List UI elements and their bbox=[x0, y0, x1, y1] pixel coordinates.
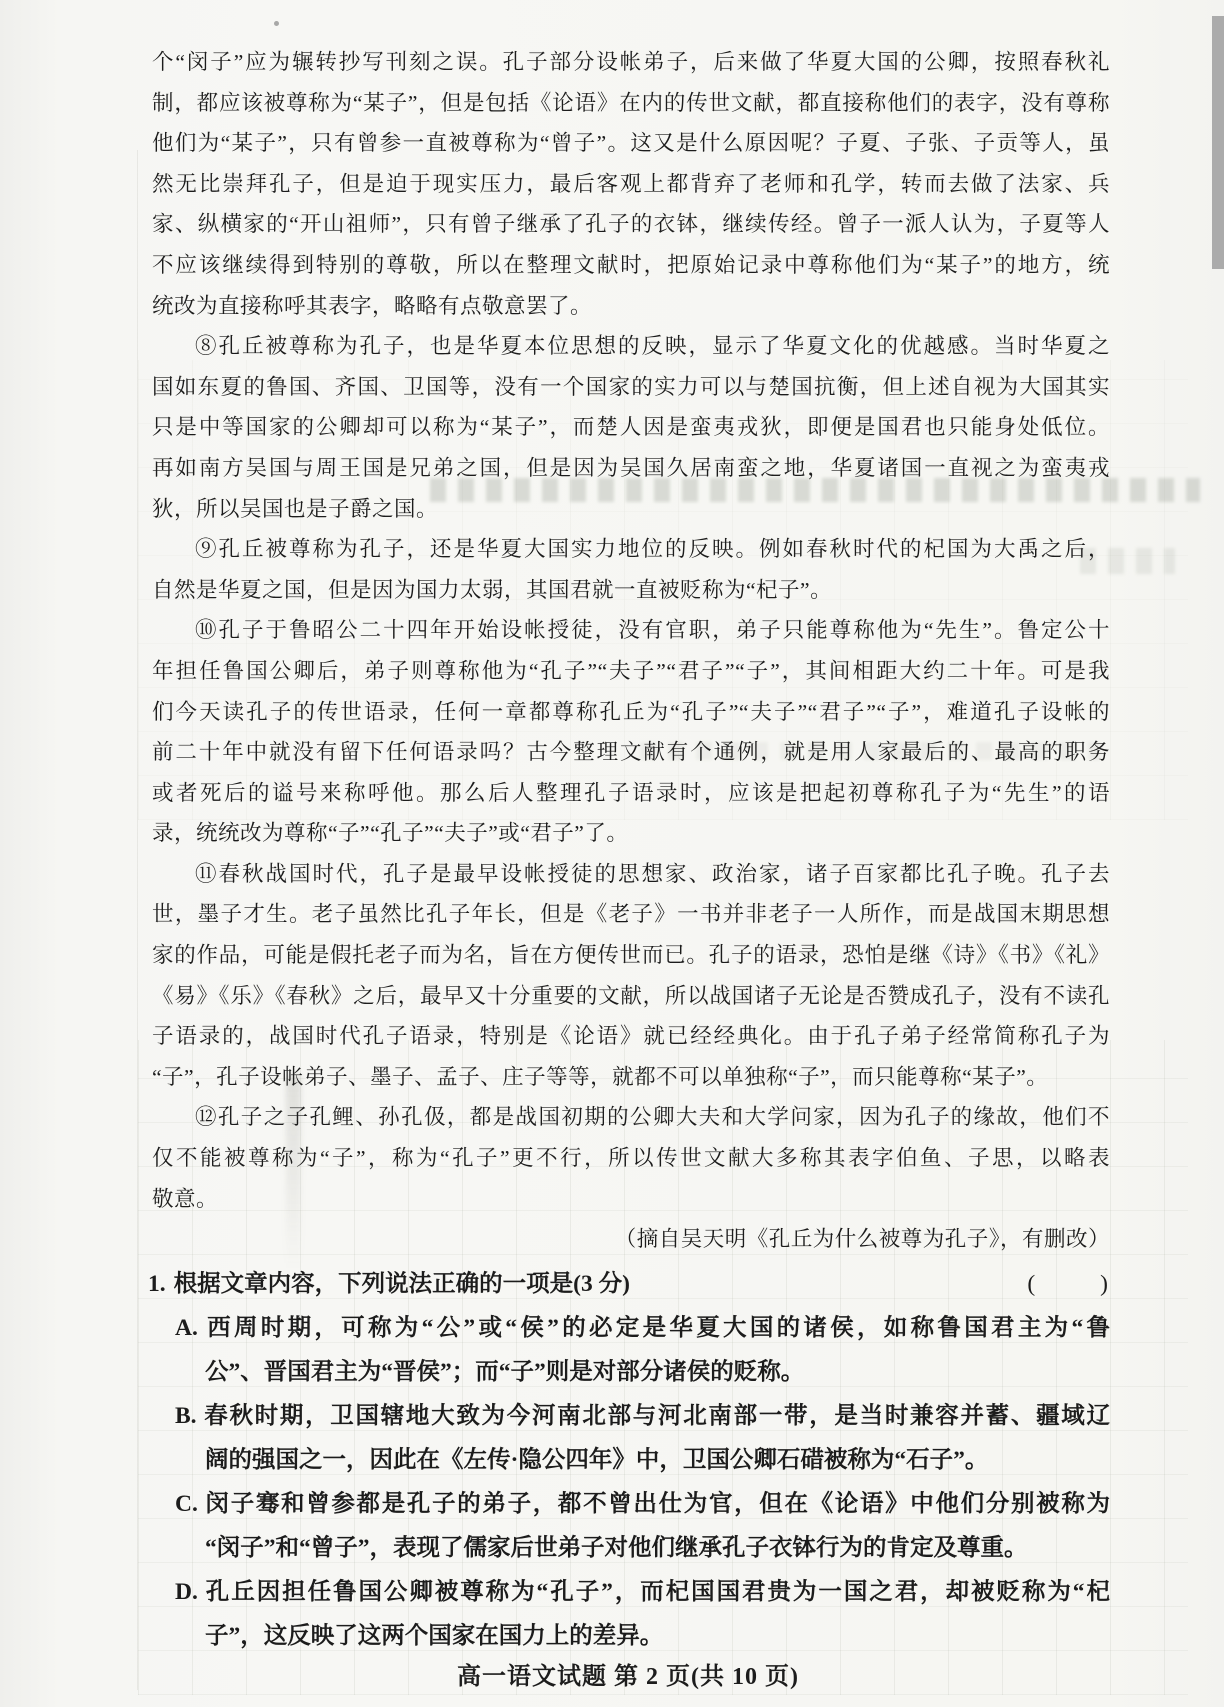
article-body: 个“闵子”应为辗转抄写刊刻之误。孔子部分设帐弟子，后来做了华夏大国的公卿，按照春… bbox=[152, 42, 1110, 1260]
option-c-line-1: C.闵子骞和曾参都是孔子的弟子，都不曾出仕为官，但在《论语》中他们分别被称为 bbox=[148, 1482, 1110, 1526]
article-line: 们今天读孔子的传世语录，任何一章都尊称孔丘为“孔子”“夫子”“君子”“子”，难道… bbox=[152, 692, 1110, 733]
article-line: “子”，孔子设帐弟子、墨子、孟子、庄子等等，就都不可以单独称“子”，而只能尊称“… bbox=[152, 1057, 1110, 1098]
question-row: 1. 根据文章内容，下列说法正确的一项是(3 分) ( ) bbox=[148, 1262, 1110, 1306]
article-line-para-10: ⑩孔子于鲁昭公二十四年开始设帐授徒，没有官职，弟子只能尊称他为“先生”。鲁定公十 bbox=[152, 610, 1110, 651]
article-line: 只是中等国家的公卿却可以称为“某子”，而楚人因是蛮夷戎狄，即便是国君也只能身处低… bbox=[152, 407, 1110, 448]
option-label: D. bbox=[175, 1579, 198, 1605]
option-b-line-2: 阔的强国之一，因此在《左传·隐公四年》中，卫国公卿石碏被称为“石子”。 bbox=[148, 1438, 1110, 1482]
article-line: 狄，所以吴国也是子爵之国。 bbox=[152, 489, 1110, 530]
answer-bracket: ( ) bbox=[1027, 1262, 1110, 1306]
option-d-line-2: 子”，这反映了这两个国家在国力上的差异。 bbox=[148, 1614, 1110, 1658]
scrollbar-thumb[interactable] bbox=[1212, 16, 1224, 269]
scan-edge-line bbox=[137, 150, 138, 1690]
option-c-line-2: “闵子”和“曾子”，表现了儒家后世弟子对他们继承孔子衣钵行为的肯定及尊重。 bbox=[148, 1526, 1110, 1570]
article-line: 年担任鲁国公卿后，弟子则尊称他为“孔子”“夫子”“君子”“子”，其间相距大约二十… bbox=[152, 651, 1110, 692]
article-line: 世，墨子才生。老子虽然比孔子年长，但是《老子》一书并非老子一人所作，而是战国末期… bbox=[152, 894, 1110, 935]
exam-page-scan: 个“闵子”应为辗转抄写刊刻之误。孔子部分设帐弟子，后来做了华夏大国的公卿，按照春… bbox=[0, 0, 1224, 1707]
article-line: 统改为直接称呼其表字，略略有点敬意罢了。 bbox=[152, 286, 1110, 327]
article-line-para-8: ⑧孔丘被尊称为孔子，也是华夏本位思想的反映，显示了华夏文化的优越感。当时华夏之 bbox=[152, 326, 1110, 367]
article-line: 他们为“某子”，只有曾参一直被尊称为“曾子”。这又是什么原因呢？子夏、子张、子贡… bbox=[152, 123, 1110, 164]
option-label: B. bbox=[175, 1403, 197, 1429]
option-a-line-1: A.西周时期，可称为“公”或“侯”的必定是华夏大国的诸侯，如称鲁国君主为“鲁 bbox=[148, 1306, 1110, 1350]
article-line: 国如东夏的鲁国、齐国、卫国等，没有一个国家的实力可以与楚国抗衡，但上述自视为大国… bbox=[152, 367, 1110, 408]
article-line: 然无比崇拜孔子，但是迫于现实压力，最后客观上都背弃了老师和孔学，转而去做了法家、… bbox=[152, 164, 1110, 205]
article-line: 或者死后的谥号来称呼他。那么后人整理孔子语录时，应该是把起初尊称孔子为“先生”的… bbox=[152, 773, 1110, 814]
option-d-line-1: D.孔丘因担任鲁国公卿被尊称为“孔子”，而杞国国君贵为一国之君，却被贬称为“杞 bbox=[148, 1570, 1110, 1614]
option-text: 西周时期，可称为“公”或“侯”的必定是华夏大国的诸侯，如称鲁国君主为“鲁 bbox=[204, 1315, 1110, 1341]
option-text: 春秋时期，卫国辖地大致为今河南北部与河北南部一带，是当时兼容并蓄、疆域辽 bbox=[203, 1403, 1110, 1429]
article-line: 家的作品，可能是假托老子而为名，旨在方便传世而已。孔子的语录，恐怕是继《诗》《书… bbox=[152, 935, 1110, 976]
option-label: C. bbox=[175, 1491, 198, 1517]
article-line: 子语录的，战国时代孔子语录，特别是《论语》就已经经典化。由于孔子弟子经常简称孔子… bbox=[152, 1016, 1110, 1057]
question-text: 根据文章内容，下列说法正确的一项是(3 分) bbox=[174, 1262, 630, 1306]
article-line: 前二十年中就没有留下任何语录吗？古今整理文献有个通例，就是用人家最后的、最高的职… bbox=[152, 732, 1110, 773]
article-line: 个“闵子”应为辗转抄写刊刻之误。孔子部分设帐弟子，后来做了华夏大国的公卿，按照春… bbox=[152, 42, 1110, 83]
article-line: 录，统统改为尊称“子”“孔子”“夫子”或“君子”了。 bbox=[152, 813, 1110, 854]
article-line-para-11: ⑪春秋战国时代，孔子是最早设帐授徒的思想家、政治家，诸子百家都比孔子晚。孔子去 bbox=[152, 854, 1110, 895]
article-line: 《易》《乐》《春秋》之后，最早又十分重要的文献，所以战国诸子无论是否赞成孔子，没… bbox=[152, 976, 1110, 1017]
article-line: 敬意。 bbox=[152, 1179, 1110, 1220]
article-line-para-12: ⑫孔子之子孔鲤、孙孔伋，都是战国初期的公卿大夫和大学问家，因为孔子的缘故，他们不 bbox=[152, 1097, 1110, 1138]
article-line: 家、纵横家的“开山祖师”，只有曾子继承了孔子的衣钵，继续传经。曾子一派人认为，子… bbox=[152, 204, 1110, 245]
article-line: 制，都应该被尊称为“某子”，但是包括《论语》在内的传世文献，都直接称他们的表字，… bbox=[152, 83, 1110, 124]
option-b-line-1: B.春秋时期，卫国辖地大致为今河南北部与河北南部一带，是当时兼容并蓄、疆域辽 bbox=[148, 1394, 1110, 1438]
article-line: 不应该继续得到特别的尊敬，所以在整理文献时，把原始记录中尊称他们为“某子”的地方… bbox=[152, 245, 1110, 286]
option-a-line-2: 公”、晋国君主为“晋侯”；而“子”则是对部分诸侯的贬称。 bbox=[148, 1350, 1110, 1394]
attribution: （摘自吴天明《孔丘为什么被尊为孔子》，有删改） bbox=[152, 1219, 1110, 1260]
option-text: 闵子骞和曾参都是孔子的弟子，都不曾出仕为官，但在《论语》中他们分别被称为 bbox=[204, 1491, 1110, 1517]
scan-speck bbox=[274, 21, 279, 26]
page-footer: 高一语文试题 第 2 页(共 10 页) bbox=[170, 1655, 1086, 1699]
article-line: 自然是华夏之国，但是因为国力太弱，其国君就一直被贬称为“杞子”。 bbox=[152, 570, 1110, 611]
question-number: 1. bbox=[148, 1262, 166, 1306]
option-label: A. bbox=[175, 1315, 198, 1341]
option-text: 孔丘因担任鲁国公卿被尊称为“孔子”，而杞国国君贵为一国之君，却被贬称为“杞 bbox=[204, 1579, 1110, 1605]
question-block: 1. 根据文章内容，下列说法正确的一项是(3 分) ( ) A.西周时期，可称为… bbox=[148, 1262, 1110, 1658]
article-line: 仅不能被尊称为“子”，称为“孔子”更不行，所以传世文献大多称其表字伯鱼、子思，以… bbox=[152, 1138, 1110, 1179]
article-line: 再如南方吴国与周王国是兄弟之国，但是因为吴国久居南蛮之地，华夏诸国一直视之为蛮夷… bbox=[152, 448, 1110, 489]
article-line-para-9: ⑨孔丘被尊称为孔子，还是华夏大国实力地位的反映。例如春秋时代的杞国为大禹之后， bbox=[152, 529, 1110, 570]
